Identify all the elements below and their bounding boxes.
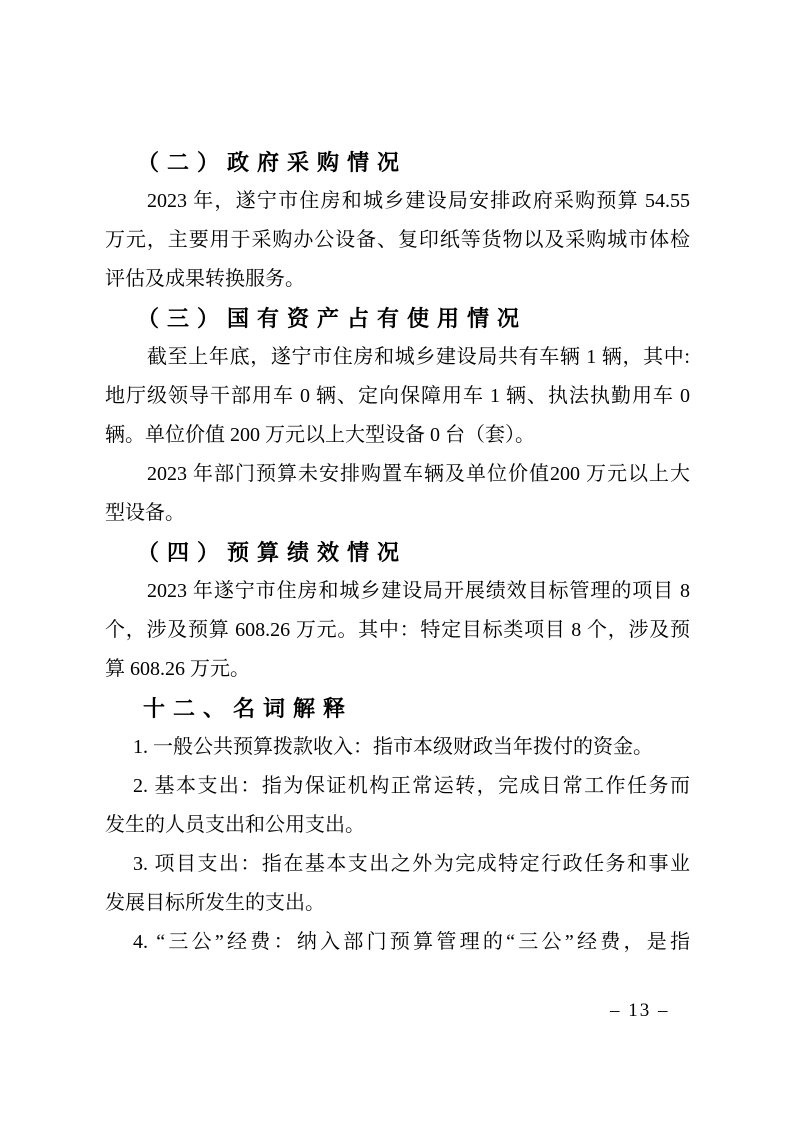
text-line: 评估及成果转换服务。 <box>105 260 690 299</box>
section-heading: 十二、名词解释 <box>105 689 690 728</box>
text-line: 万元，主要用于采购办公设备、复印纸等货物以及采购城市体检 <box>105 221 690 260</box>
text-line: 3. 项目支出：指在基本支出之外为完成特定行政任务和事业 <box>105 845 690 884</box>
text-line: 发生的人员支出和公用支出。 <box>105 806 690 845</box>
text-line: 辆。单位价值 200 万元以上大型设备 0 台（套）。 <box>105 416 690 455</box>
text-line: 1. 一般公共预算拨款收入：指市本级财政当年拨付的资金。 <box>105 728 690 767</box>
text-line: 地厅级领导干部用车 0 辆、定向保障用车 1 辆、执法执勤用车 0 <box>105 377 690 416</box>
text-line: 4. “三公”经费：纳入部门预算管理的“三公”经费，是指 <box>105 923 690 962</box>
text-line: 2023 年部门预算未安排购置车辆及单位价值200 万元以上大 <box>105 455 690 494</box>
text-line: 2. 基本支出：指为保证机构正常运转，完成日常工作任务而 <box>105 767 690 806</box>
text-line: 2023 年遂宁市住房和城乡建设局开展绩效目标管理的项目 8 <box>105 572 690 611</box>
page-number: – 13 – <box>610 997 670 1025</box>
document-body: （二）政府采购情况2023 年，遂宁市住房和城乡建设局安排政府采购预算 54.5… <box>105 143 690 962</box>
text-line: 2023 年，遂宁市住房和城乡建设局安排政府采购预算 54.55 <box>105 182 690 221</box>
subsection-heading: （二）政府采购情况 <box>105 143 690 182</box>
text-line: 型设备。 <box>105 494 690 533</box>
text-line: 算 608.26 万元。 <box>105 650 690 689</box>
subsection-heading: （四）预算绩效情况 <box>105 533 690 572</box>
subsection-heading: （三）国有资产占有使用情况 <box>105 299 690 338</box>
document-page: （二）政府采购情况2023 年，遂宁市住房和城乡建设局安排政府采购预算 54.5… <box>0 0 793 1122</box>
text-line: 个，涉及预算 608.26 万元。其中：特定目标类项目 8 个，涉及预 <box>105 611 690 650</box>
text-line: 截至上年底，遂宁市住房和城乡建设局共有车辆 1 辆，其中: <box>105 338 690 377</box>
text-line: 发展目标所发生的支出。 <box>105 884 690 923</box>
